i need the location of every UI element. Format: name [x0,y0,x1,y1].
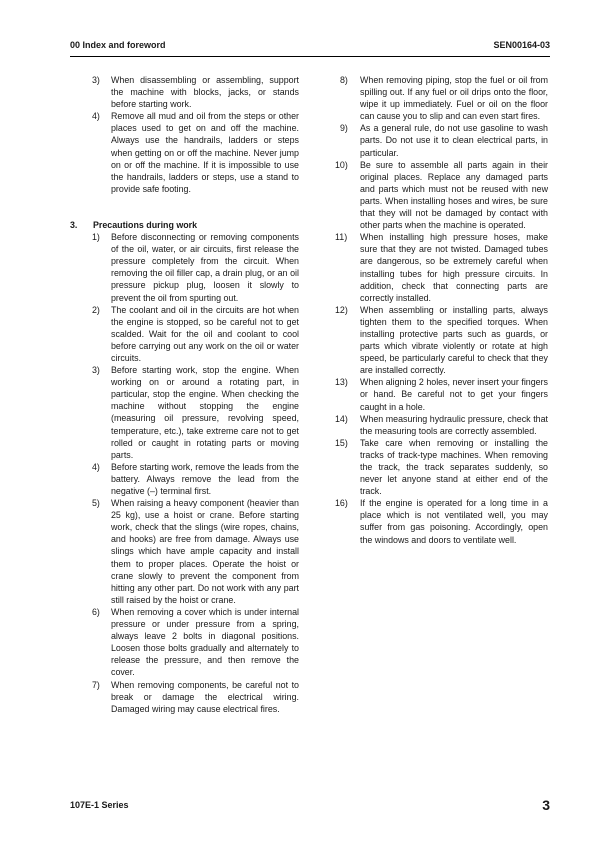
item-text: When removing components, be careful not… [111,680,299,714]
item-text: Be sure to assemble all parts again in t… [360,160,548,230]
item-number: 1) [92,231,100,243]
list-item: 11) When installing high pressure hoses,… [318,231,548,304]
list-item: 4) Before starting work, remove the lead… [70,461,299,497]
page-header: 00 Index and foreword SEN00164-03 [70,38,550,57]
item-text: When measuring hydraulic pressure, check… [360,414,548,436]
list-item: 10) Be sure to assemble all parts again … [318,159,548,232]
item-text: When removing a cover which is under int… [111,607,299,677]
section-title: Precautions during work [93,220,197,230]
item-number: 11) [335,231,347,243]
list-item: 3) When disassembling or assembling, sup… [70,74,299,110]
left-column: 3) When disassembling or assembling, sup… [70,74,299,715]
page-footer: 107E-1 Series 3 [70,797,550,817]
item-number: 6) [92,606,100,618]
item-number: 14) [335,413,348,425]
item-number: 12) [335,304,348,316]
list-item: 8) When removing piping, stop the fuel o… [318,74,548,122]
item-number: 5) [92,497,100,509]
item-text: Take care when removing or installing th… [360,438,548,496]
item-text: Remove all mud and oil from the steps or… [111,111,299,194]
item-number: 16) [335,497,348,509]
item-text: The coolant and oil in the circuits are … [111,305,299,363]
item-number: 4) [92,461,100,473]
item-text: When aligning 2 holes, never insert your… [360,377,548,411]
footer-series: 107E-1 Series [70,800,129,810]
right-column: 8) When removing piping, stop the fuel o… [318,74,548,546]
header-doc-id: SEN00164-03 [493,40,550,50]
list-item: 4) Remove all mud and oil from the steps… [70,110,299,195]
list-item: 7) When removing components, be careful … [70,679,299,715]
header-section-title: 00 Index and foreword [70,40,166,50]
item-text: When raising a heavy component (heavier … [111,498,299,605]
item-number: 15) [335,437,348,449]
item-number: 13) [335,376,348,388]
item-number: 9) [340,122,348,134]
list-item: 13) When aligning 2 holes, never insert … [318,376,548,412]
page-number: 3 [542,797,550,813]
item-text: When installing high pressure hoses, mak… [360,232,548,302]
item-text: When assembling or installing parts, alw… [360,305,548,375]
list-item: 12) When assembling or installing parts,… [318,304,548,377]
list-item: 14) When measuring hydraulic pressure, c… [318,413,548,437]
item-number: 8) [340,74,348,86]
section-heading: 3. Precautions during work [70,219,299,231]
list-item: 1) Before disconnecting or removing comp… [70,231,299,304]
item-number: 10) [335,159,348,171]
list-item: 9) As a general rule, do not use gasolin… [318,122,548,158]
list-item: 3) Before starting work, stop the engine… [70,364,299,461]
list-item: 16) If the engine is operated for a long… [318,497,548,545]
list-item: 6) When removing a cover which is under … [70,606,299,679]
item-text: Before disconnecting or removing compone… [111,232,299,302]
item-text: If the engine is operated for a long tim… [360,498,548,544]
item-number: 4) [92,110,100,122]
item-text: When disassembling or assembling, suppor… [111,75,299,109]
list-item: 5) When raising a heavy component (heavi… [70,497,299,606]
item-text: When removing piping, stop the fuel or o… [360,75,548,121]
item-number: 3) [92,364,100,376]
list-item: 15) Take care when removing or installin… [318,437,548,497]
item-number: 3) [92,74,100,86]
item-text: Before starting work, remove the leads f… [111,462,299,496]
list-item: 2) The coolant and oil in the circuits a… [70,304,299,364]
section-number: 3. [70,219,77,231]
item-text: As a general rule, do not use gasoline t… [360,123,548,157]
item-number: 7) [92,679,100,691]
item-text: Before starting work, stop the engine. W… [111,365,299,460]
item-number: 2) [92,304,100,316]
